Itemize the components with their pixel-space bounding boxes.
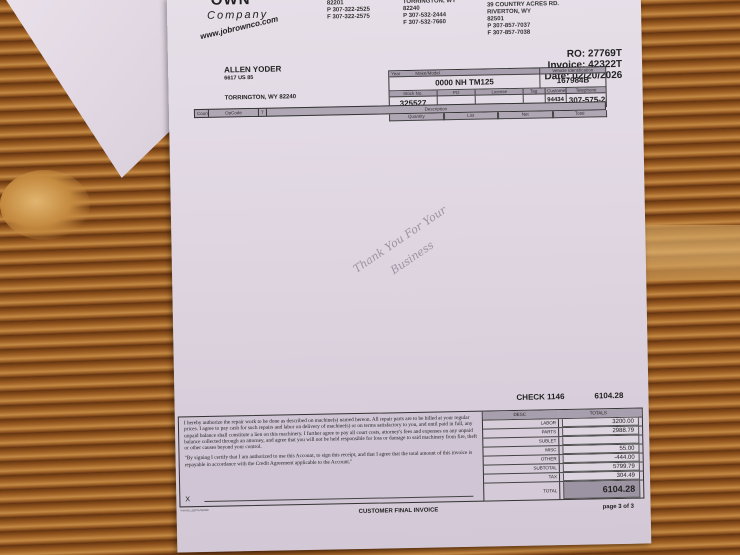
totals-table: DESC TOTALS LABOR3200.00 PARTS2988.79 SU… — [483, 408, 645, 502]
totals-desc-header: DESC — [483, 410, 559, 419]
thank-you-watermark: Thank You For Your Business — [349, 200, 464, 298]
document-title: CUSTOMER FINAL INVOICE — [359, 507, 439, 515]
label-tag: Tag — [523, 88, 545, 93]
col-net: Net — [498, 111, 553, 119]
terms-paragraph: I hereby authorize the repair work to be… — [184, 415, 478, 452]
terms-authorization-box: I hereby authorize the repair work to be… — [178, 411, 485, 508]
col-count: Count — [195, 110, 209, 117]
wood-knot — [0, 170, 90, 240]
col-total: Total — [552, 110, 607, 118]
totals-totals-header: TOTALS — [559, 409, 642, 419]
label-telephone: Telephone — [567, 87, 606, 93]
location-address-1: ...ELAND, WY 82201 P 307-322-2525 F 307-… — [327, 0, 370, 22]
check-number: CHECK 1146 — [516, 392, 564, 402]
customer-address: 6617 US 85 — [224, 74, 295, 81]
customer-city: TORRINGTON, WY 82240 — [225, 94, 296, 101]
invoice-sheet: OWN Company www.jobrownco.com ...ELAND, … — [167, 0, 652, 552]
company-logo: OWN — [211, 0, 251, 9]
vin-value: 167984B — [540, 73, 605, 87]
signature-mark: X — [185, 497, 190, 503]
check-amount: 6104.28 — [594, 391, 623, 401]
label-customer: Customer — [545, 88, 567, 93]
col-quantity: Quantity — [389, 113, 444, 121]
signature-line — [204, 496, 473, 502]
label-stock-no: Stock No. — [390, 90, 438, 96]
location-address-2: ...VALLEY RD. TORRINGTON, WY 82240 P 307… — [403, 0, 457, 27]
grand-total: 6104.28 — [563, 481, 640, 499]
customer-block: ALLEN YODER 6617 US 85 TORRINGTON, WY 82… — [224, 64, 296, 101]
customer-name: ALLEN YODER — [224, 64, 296, 74]
totals-row-total: TOTAL 6104.28 — [484, 481, 643, 501]
label-po: PO — [437, 90, 476, 96]
col-t: T — [259, 109, 267, 116]
col-list: List — [443, 112, 498, 120]
page-number: page 3 of 3 — [603, 504, 634, 511]
location-address-3: 39 COUNTRY ACRES RD. RIVERTON, WY 82501 … — [487, 1, 560, 37]
label-license: License — [476, 89, 524, 95]
credit-agreement-paragraph: "By signing I certify that I am authoriz… — [185, 450, 478, 468]
form-code: invoice_pg3 template — [181, 508, 209, 513]
col-opcode: OpCode — [209, 109, 259, 117]
